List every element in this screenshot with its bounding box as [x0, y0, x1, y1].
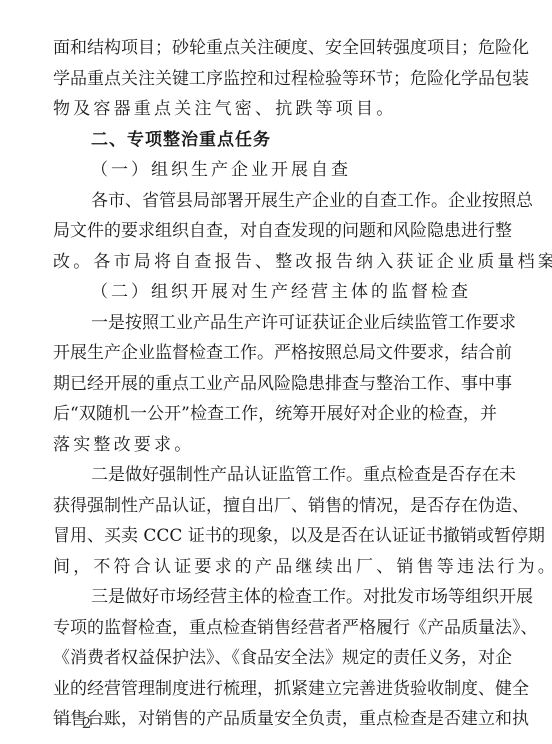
body-text-line: 物及容器重点关注气密、抗跌等项目。	[53, 94, 497, 125]
body-text-line: 改。各市局将自查报告、整改报告纳入获证企业质量档案。	[53, 247, 497, 278]
paragraph-first-line: 各市、省管县局部署开展生产企业的自查工作。企业按照总	[53, 186, 497, 217]
page-number: － 2 －	[58, 712, 117, 733]
body-text-line: 期已经开展的重点工业产品风险隐患排查与整治工作、事中事	[53, 369, 497, 400]
document-page: 面和结构项目；砂轮重点关注硬度、安全回转强度项目；危险化 学品重点关注关键工序监…	[53, 33, 497, 735]
section-heading: 二、专项整治重点任务	[53, 125, 497, 156]
body-text-line: 业的经营管理制度进行梳理，抓紧建立完善进货验收制度、健全	[53, 674, 497, 705]
paragraph-first-line: 二是做好强制性产品认证监管工作。重点检查是否存在未	[53, 460, 497, 491]
body-text-line: 学品重点关注关键工序监控和过程检验等环节；危险化学品包装	[53, 64, 497, 95]
body-text-line: 《消费者权益保护法》、《食品安全法》规定的责任义务，对企	[53, 643, 497, 674]
body-text-line: 间，不符合认证要求的产品继续出厂、销售等违法行为。	[53, 552, 497, 583]
subsection-heading: （二）组织开展对生产经营主体的监督检查	[53, 277, 497, 308]
paragraph-first-line: 三是做好市场经营主体的检查工作。对批发市场等组织开展	[53, 582, 497, 613]
subsection-heading: （一）组织生产企业开展自查	[53, 155, 497, 186]
body-text-line: 后“双随机一公开”检查工作，统筹开展好对企业的检查，并	[53, 399, 497, 430]
body-text-line: 冒用、买卖 CCC 证书的现象，以及是否在认证证书撤销或暂停期	[53, 521, 497, 552]
body-text-line: 局文件的要求组织自查，对自查发现的问题和风险隐患进行整	[53, 216, 497, 247]
body-text-line: 面和结构项目；砂轮重点关注硬度、安全回转强度项目；危险化	[53, 33, 497, 64]
paragraph-first-line: 一是按照工业产品生产许可证获证企业后续监管工作要求	[53, 308, 497, 339]
body-text-line: 开展生产企业监督检查工作。严格按照总局文件要求，结合前	[53, 338, 497, 369]
body-text-line: 销售台账，对销售的产品质量安全负责，重点检查是否建立和执	[53, 704, 497, 735]
body-text-line: 专项的监督检查，重点检查销售经营者严格履行《产品质量法》、	[53, 613, 497, 644]
body-text-line: 落实整改要求。	[53, 430, 497, 461]
body-text-line: 获得强制性产品认证，擅自出厂、销售的情况，是否存在伪造、	[53, 491, 497, 522]
